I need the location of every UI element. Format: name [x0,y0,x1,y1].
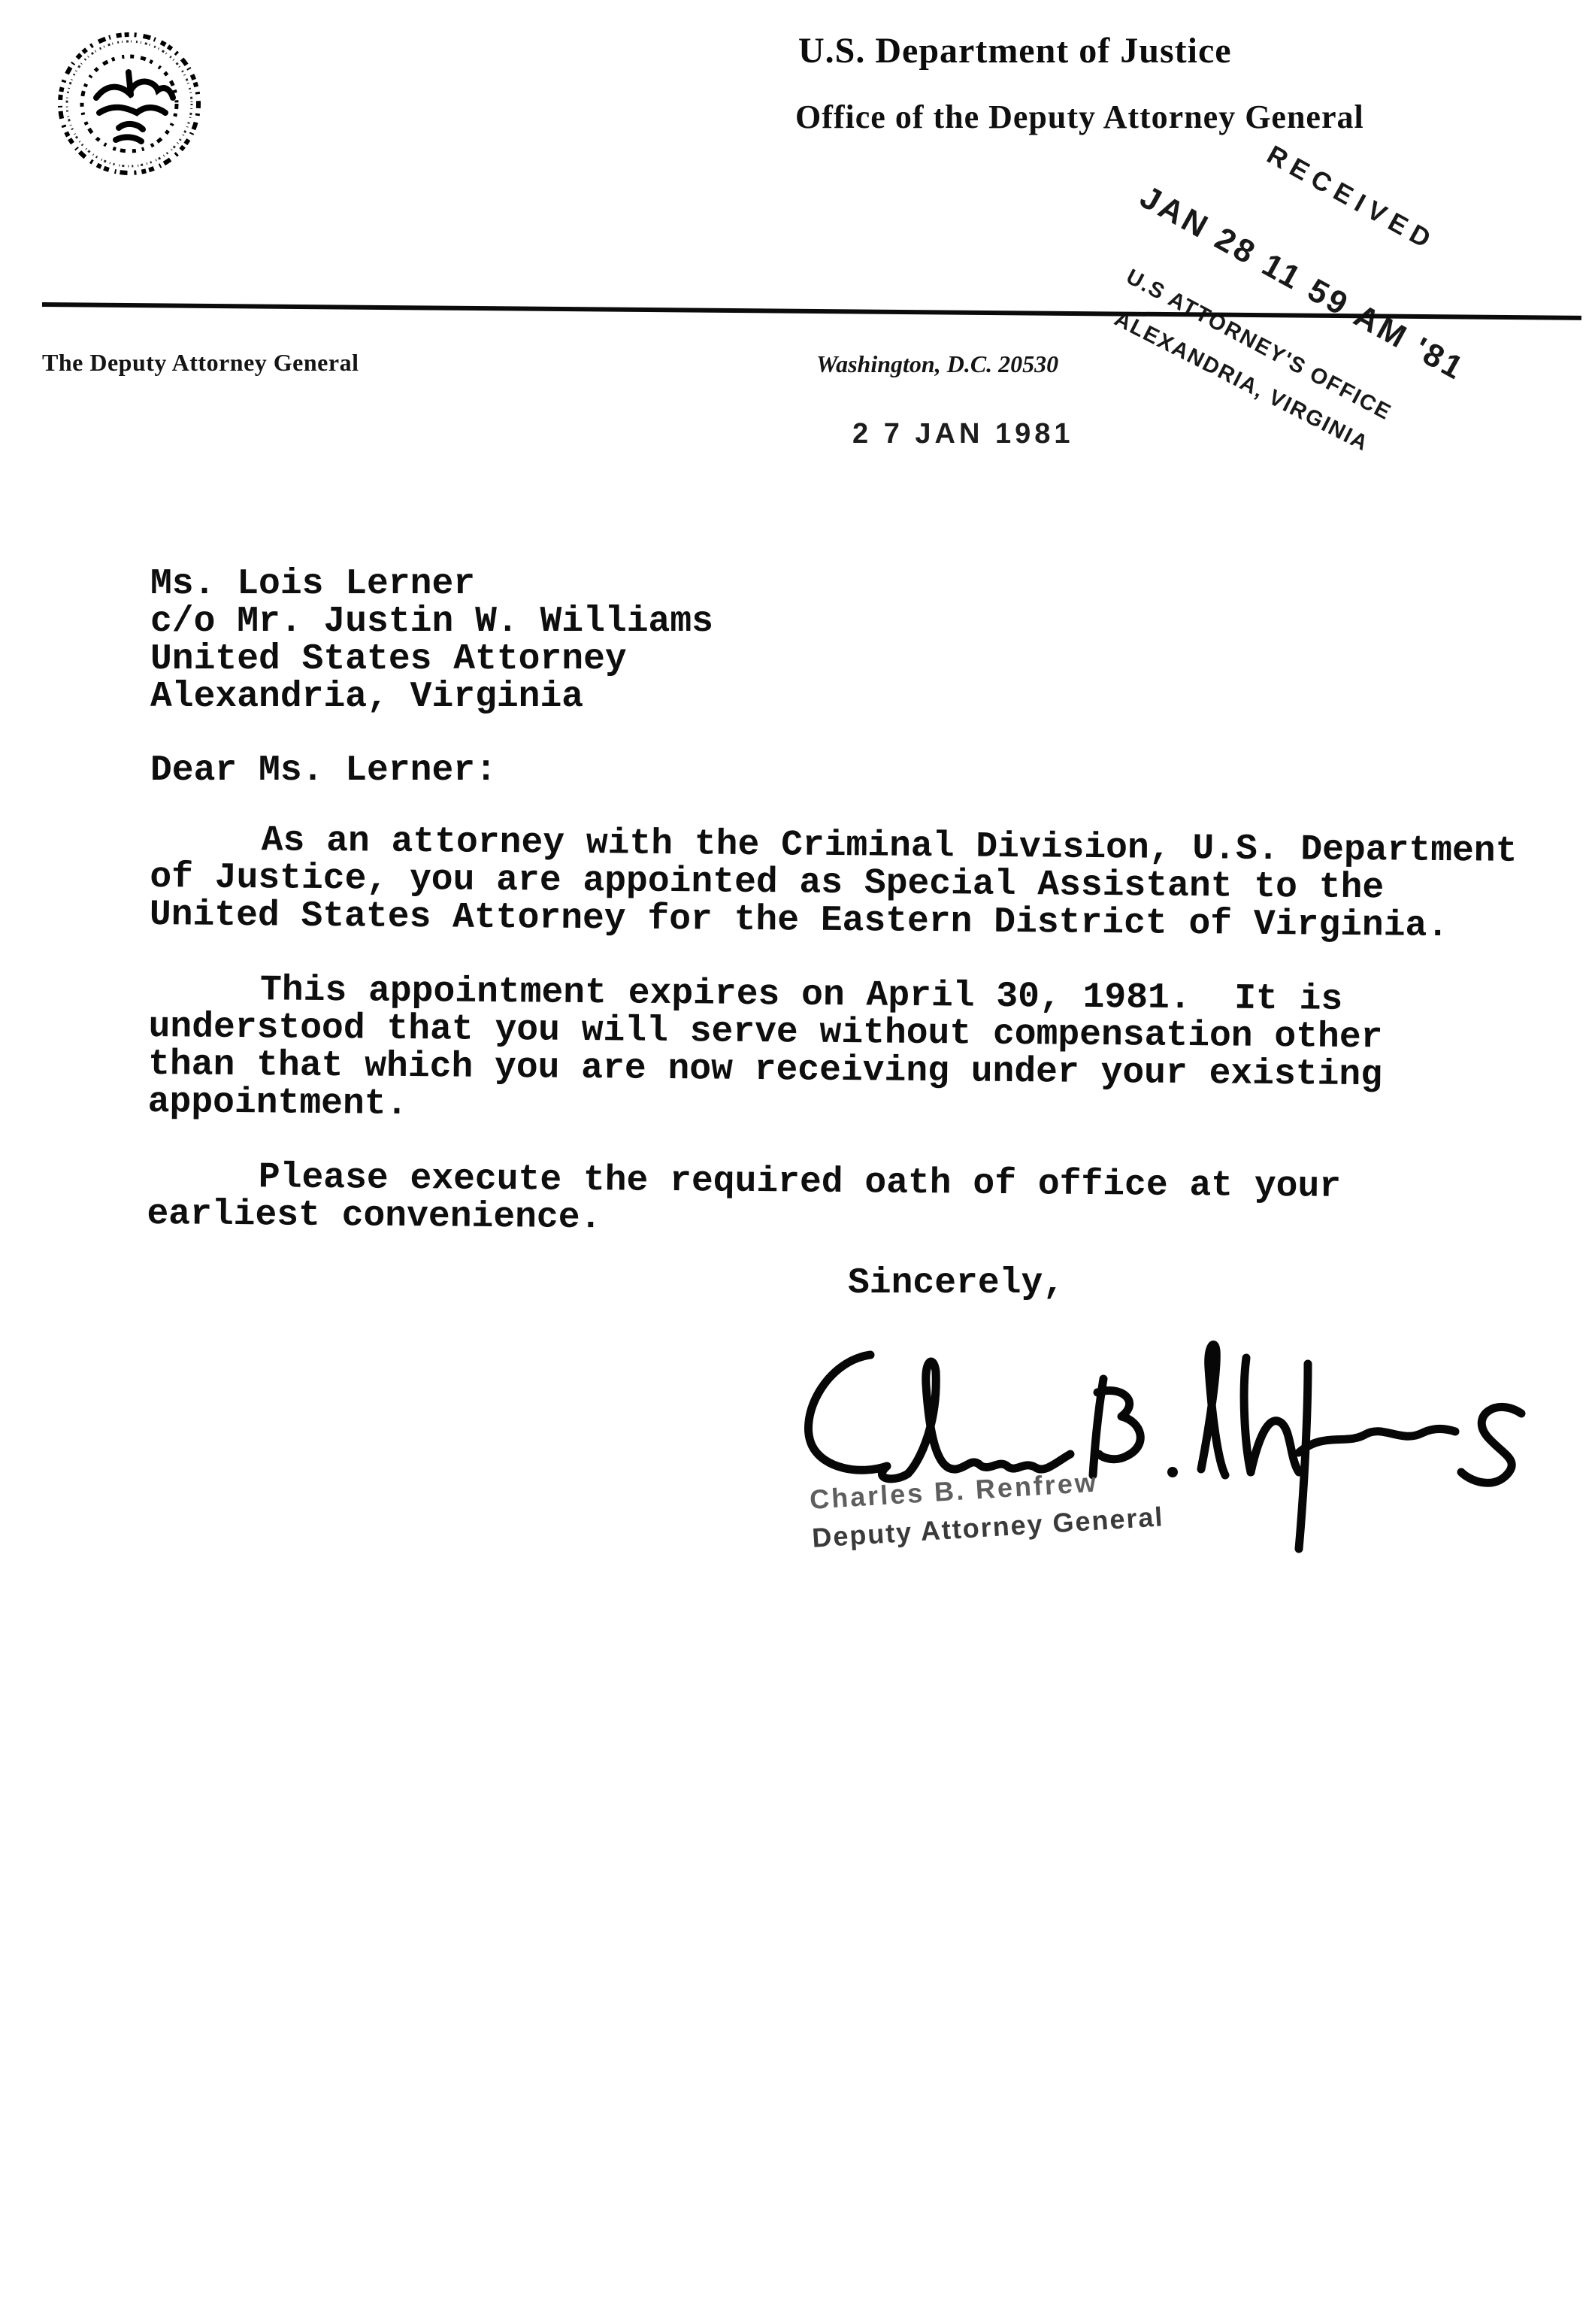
paragraph: Please execute the required oath of offi… [147,1158,1545,1245]
salutation: Dear Ms. Lerner: [150,752,497,789]
sender-title: The Deputy Attorney General [42,349,359,377]
received-stamp-word: RECEIVED [1262,140,1442,258]
letter-body: As an attorney with the Criminal Divisio… [147,821,1548,1282]
office-location: Washington, D.C. 20530 [816,350,1058,378]
department-name: U.S. Department of Justice [798,30,1232,71]
closing: Sincerely, [848,1265,1064,1302]
salutation-text: Dear Ms. Lerner: [150,752,497,789]
date-stamp: 2 7 JAN 1981 [852,418,1074,450]
paragraph: As an attorney with the Criminal Divisio… [150,821,1548,946]
letter-document: U.S. Department of Justice Office of the… [0,0,1592,2324]
paragraph: This appointment expires on April 30, 19… [148,971,1548,1133]
recipient-line: Ms. Lois Lerner [150,565,713,603]
recipient-line: c/o Mr. Justin W. Williams [150,603,713,641]
office-name: Office of the Deputy Attorney General [795,98,1364,136]
doj-seal-icon [53,29,206,179]
recipient-line: United States Attorney [150,641,713,678]
recipient-address: Ms. Lois Lerner c/o Mr. Justin W. Willia… [150,565,713,716]
closing-text: Sincerely, [848,1265,1064,1302]
recipient-line: Alexandria, Virginia [150,678,713,716]
